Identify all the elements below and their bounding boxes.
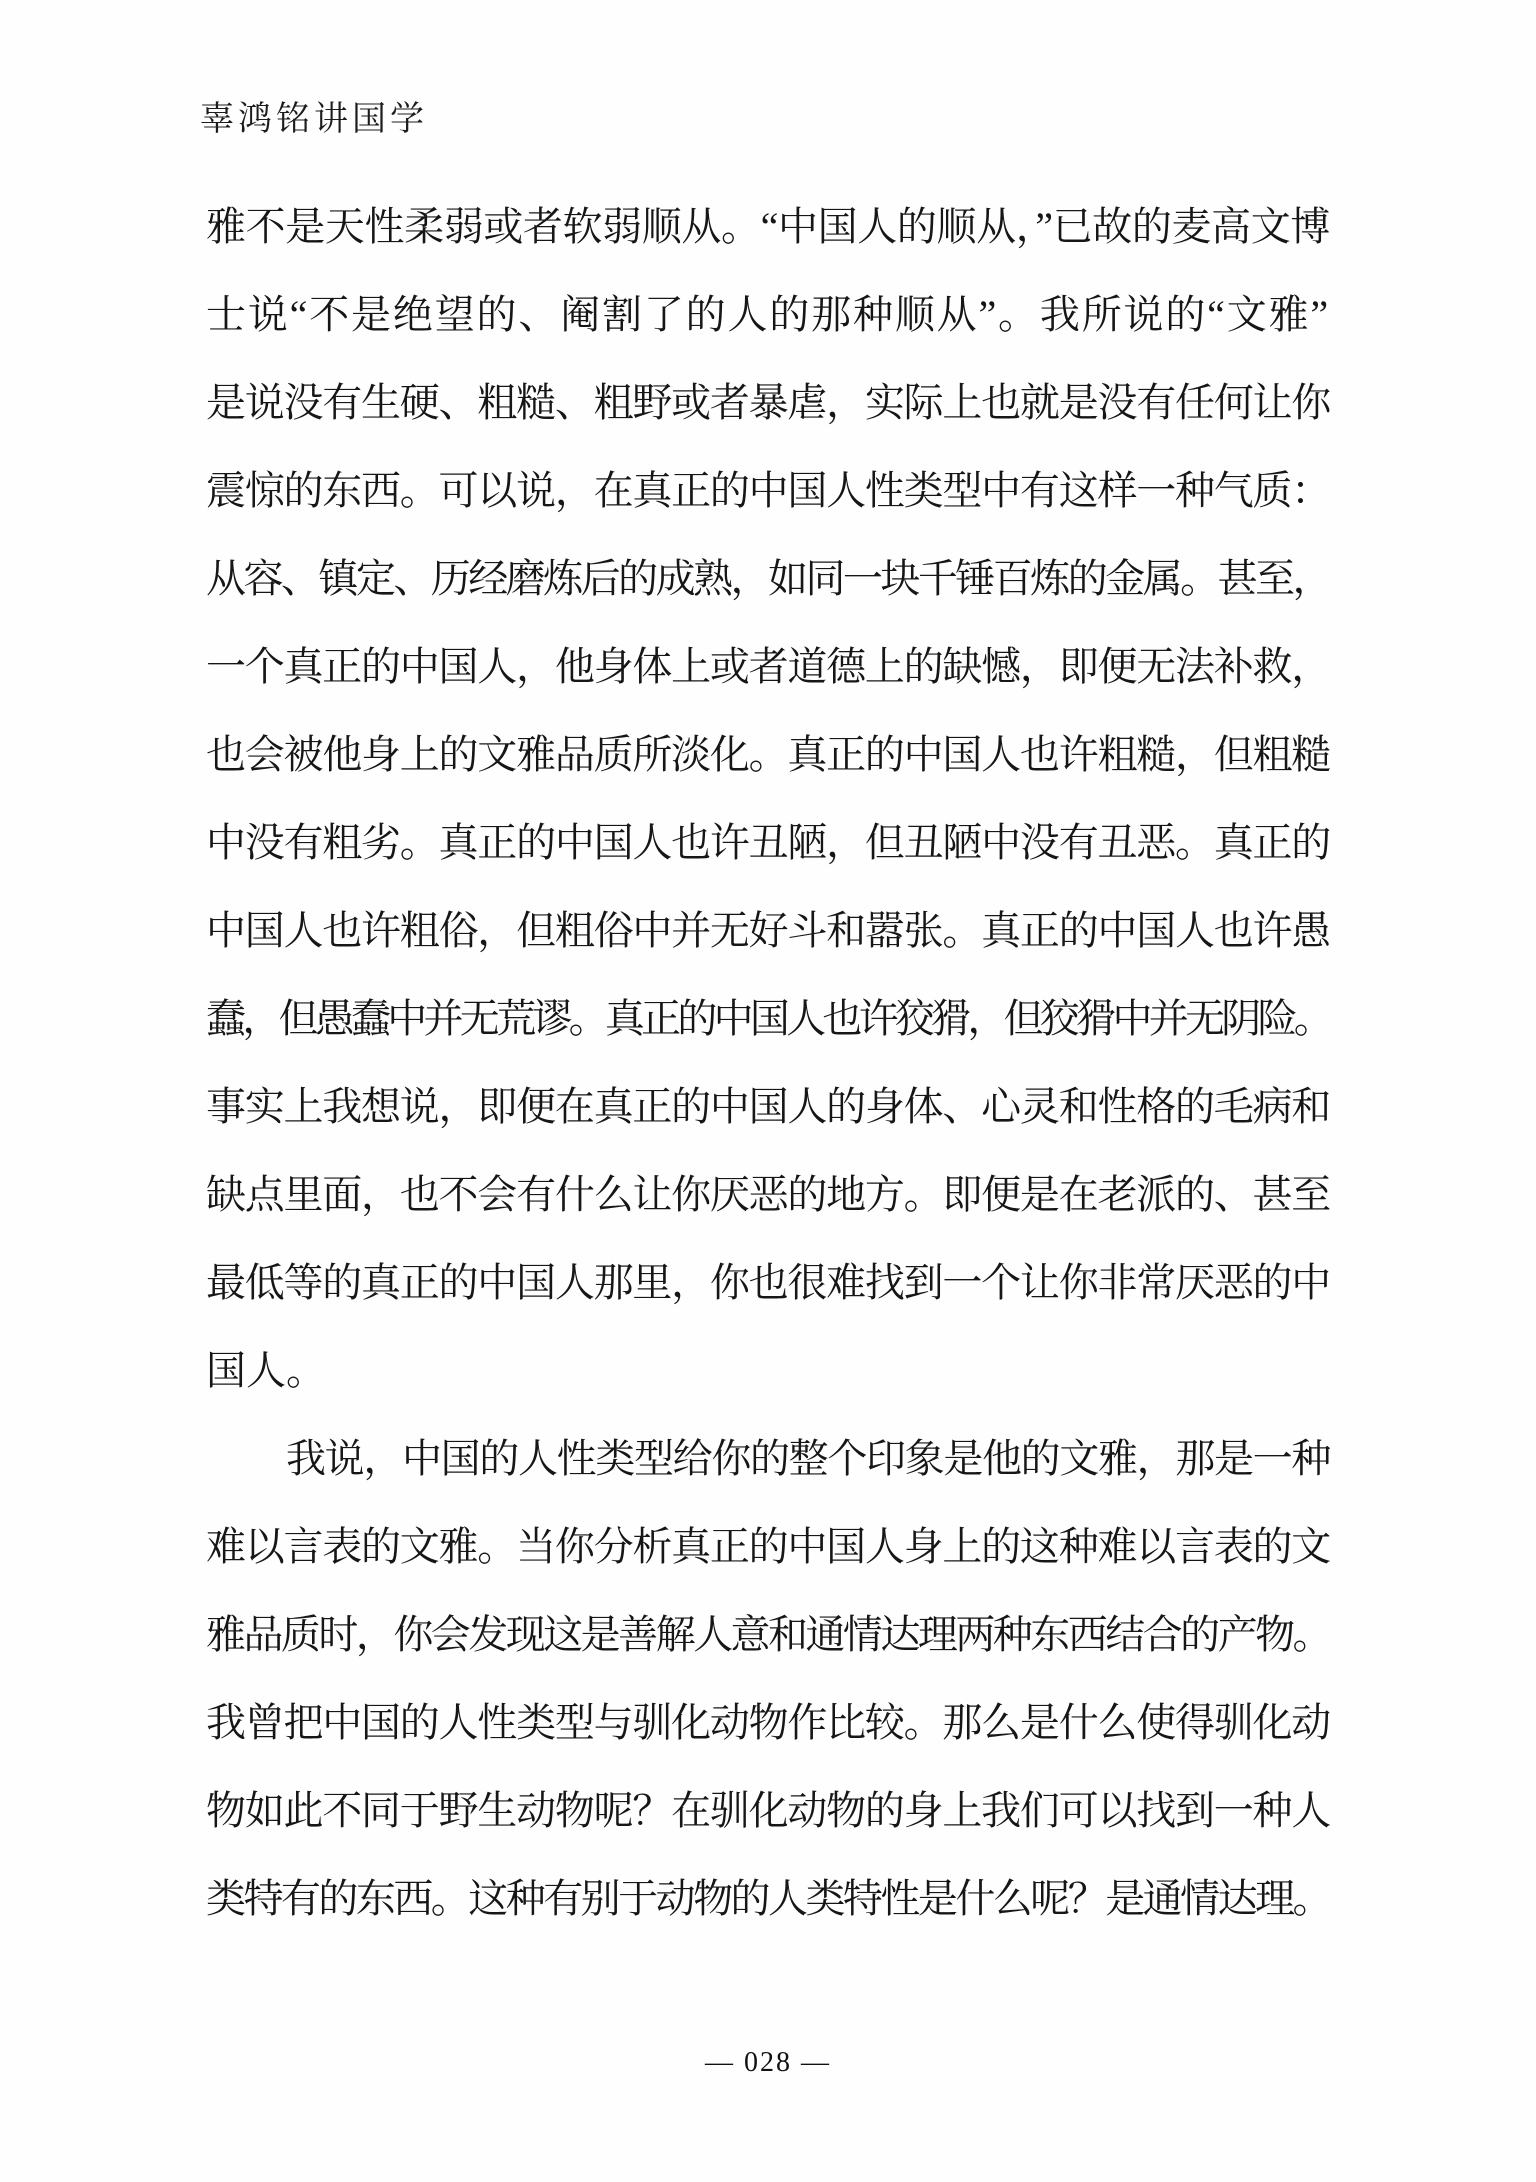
book-page: 辜鸿铭讲国学 雅不是天性柔弱或者软弱顺从。“中国人的顺从，”已故的麦高文博 士说…: [0, 0, 1536, 2182]
body-line: 我曾把中国的人性类型与驯化动物作比较。那么是什么使得驯化动: [206, 1679, 1330, 1767]
body-line: 缺点里面，也不会有什么让你厌恶的地方。即便是在老派的、甚至: [206, 1151, 1330, 1239]
body-line: 中没有粗劣。真正的中国人也许丑陋，但丑陋中没有丑恶。真正的: [206, 799, 1330, 887]
body-line: 事实上我想说，即便在真正的中国人的身体、心灵和性格的毛病和: [206, 1063, 1330, 1151]
page-number: — 028 —: [0, 2043, 1536, 2083]
body-line: 雅品质时，你会发现这是善解人意和通情达理两种东西结合的产物。: [206, 1591, 1330, 1679]
body-line: 是说没有生硬、粗糙、粗野或者暴虐，实际上也就是没有任何让你: [206, 359, 1330, 447]
body-line: 一个真正的中国人，他身体上或者道德上的缺憾，即便无法补救，: [206, 623, 1330, 711]
body-line: 士说“不是绝望的、阉割了的人的那种顺从”。我所说的“文雅”: [206, 271, 1330, 359]
body-line: 最低等的真正的中国人那里，你也很难找到一个让你非常厌恶的中: [206, 1239, 1330, 1327]
body-line: 从容、镇定、历经磨炼后的成熟，如同一块千锤百炼的金属。甚至，: [206, 535, 1330, 623]
body-line: 物如此不同于野生动物呢？在驯化动物的身上我们可以找到一种人: [206, 1767, 1330, 1855]
body-line: 也会被他身上的文雅品质所淡化。真正的中国人也许粗糙，但粗糙: [206, 711, 1330, 799]
body-line: 我说，中国的人性类型给你的整个印象是他的文雅，那是一种: [206, 1415, 1330, 1503]
body-line: 蠢，但愚蠢中并无荒谬。真正的中国人也许狡猾，但狡猾中并无阴险。: [206, 975, 1330, 1063]
body-line: 雅不是天性柔弱或者软弱顺从。“中国人的顺从，”已故的麦高文博: [206, 183, 1330, 271]
body-text-block: 雅不是天性柔弱或者软弱顺从。“中国人的顺从，”已故的麦高文博 士说“不是绝望的、…: [206, 183, 1330, 1943]
body-line: 中国人也许粗俗，但粗俗中并无好斗和嚣张。真正的中国人也许愚: [206, 887, 1330, 975]
body-line: 类特有的东西。这种有别于动物的人类特性是什么呢？是通情达理。: [206, 1855, 1330, 1943]
body-line: 国人。: [206, 1327, 1330, 1415]
running-head-title: 辜鸿铭讲国学: [200, 100, 428, 140]
body-line: 震惊的东西。可以说，在真正的中国人性类型中有这样一种气质：: [206, 447, 1330, 535]
body-line: 难以言表的文雅。当你分析真正的中国人身上的这种难以言表的文: [206, 1503, 1330, 1591]
